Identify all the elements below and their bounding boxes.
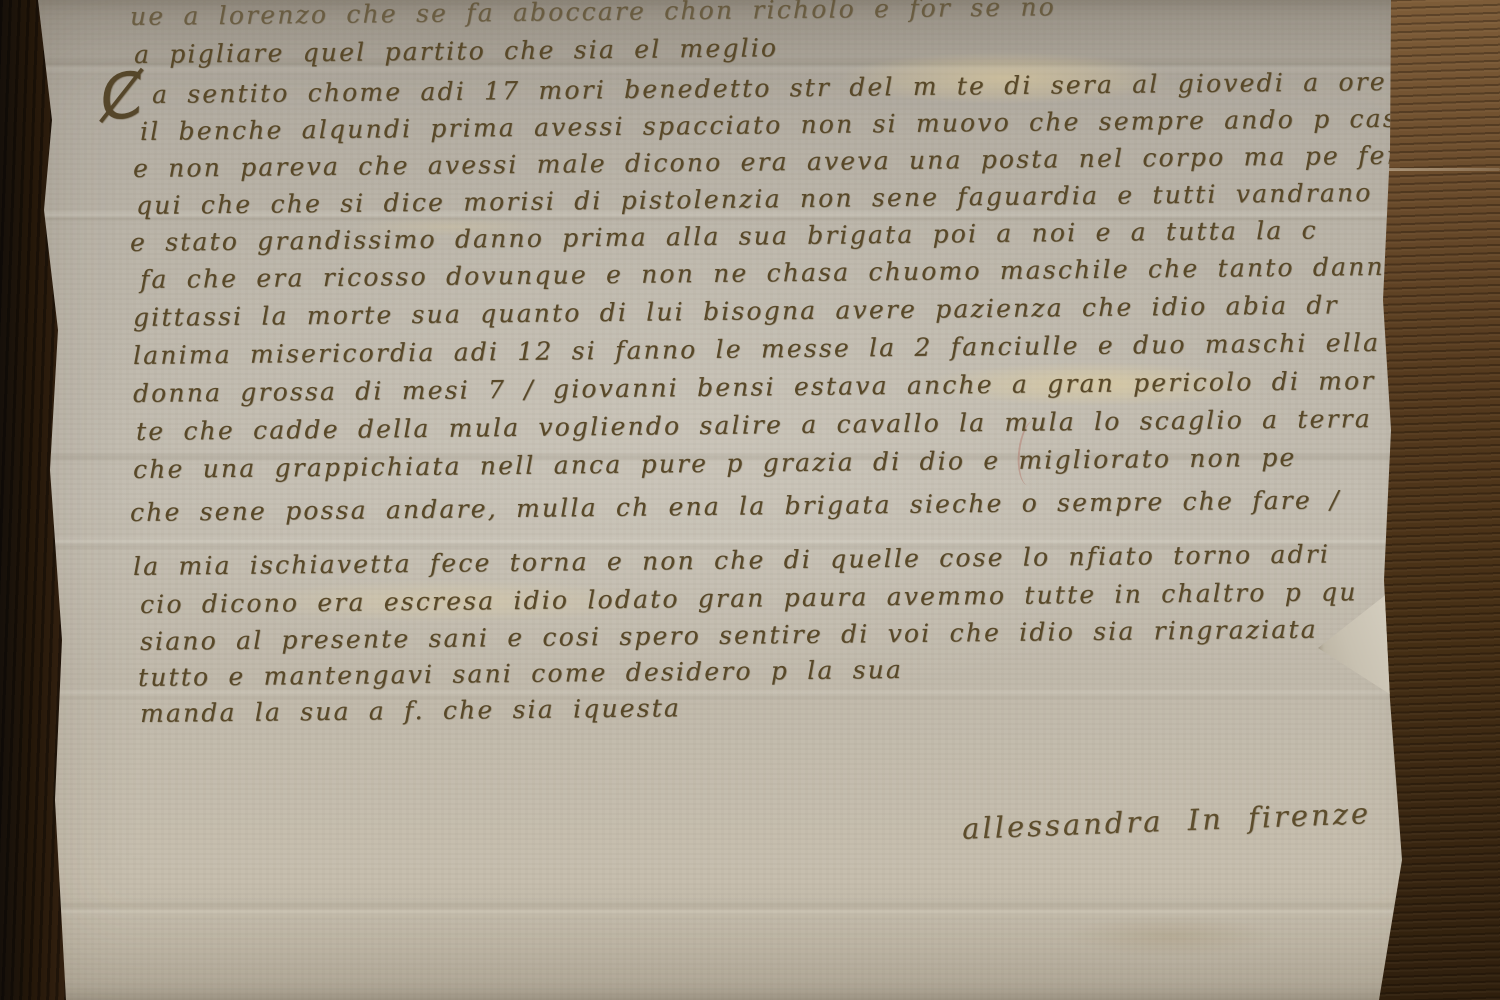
manuscript-line: tutto e mantengavi sani come desidero p … (138, 657, 903, 690)
manuscript-line: gittassi la morte sua quanto di lui biso… (133, 292, 1339, 330)
manuscript-line: cio dicono era escresa idio lodato gran … (140, 579, 1358, 617)
manuscript-line: e non pareva che avessi male dicono era … (133, 143, 1401, 181)
manuscript-line: e stato grandissimo danno prima alla sua… (130, 218, 1318, 255)
manuscript-line: a sentito chome adi 17 mori benedetto st… (152, 69, 1387, 107)
manuscript-line: ue a lorenzo che se fa aboccare chon ric… (130, 0, 1056, 29)
manuscript-line: a pigliare quel partito che sia el megli… (134, 35, 778, 67)
manuscript-line: lanima misericordia adi 12 si fanno le m… (133, 330, 1380, 368)
manuscript-line: che una grappichiata nell anca pure p gr… (133, 445, 1297, 482)
paper-sheet: Ȼ ue a lorenzo che se fa aboccare chon r… (0, 0, 1500, 1000)
manuscript-line: donna grossa di mesi 7 / giovanni bensi … (133, 368, 1376, 406)
wood-scratch-mark (1385, 168, 1500, 171)
manuscript-line: che sene possa andare, mulla ch ena la b… (130, 487, 1341, 525)
signature: allessandra In firenze (961, 796, 1371, 846)
manuscript-line: fa che era ricosso dovunque e non ne cha… (140, 254, 1402, 292)
manuscript-line: te che cadde della mula vogliendo salire… (136, 406, 1372, 444)
manuscript-photo: Ȼ ue a lorenzo che se fa aboccare chon r… (0, 0, 1500, 1000)
manuscript-line: qui che che si dice morisi di pistolenzi… (136, 180, 1373, 218)
manuscript-line: la mia ischiavetta fece torna e non che … (133, 541, 1330, 579)
manuscript-line: il benche alqundi prima avessi spacciato… (140, 106, 1415, 144)
handwritten-text-block: Ȼ ue a lorenzo che se fa aboccare chon r… (0, 0, 1500, 1000)
manuscript-line: manda la sua a f. che sia iquesta (140, 695, 681, 726)
manuscript-line: siano al presente sani e cosi spero sent… (140, 617, 1318, 654)
